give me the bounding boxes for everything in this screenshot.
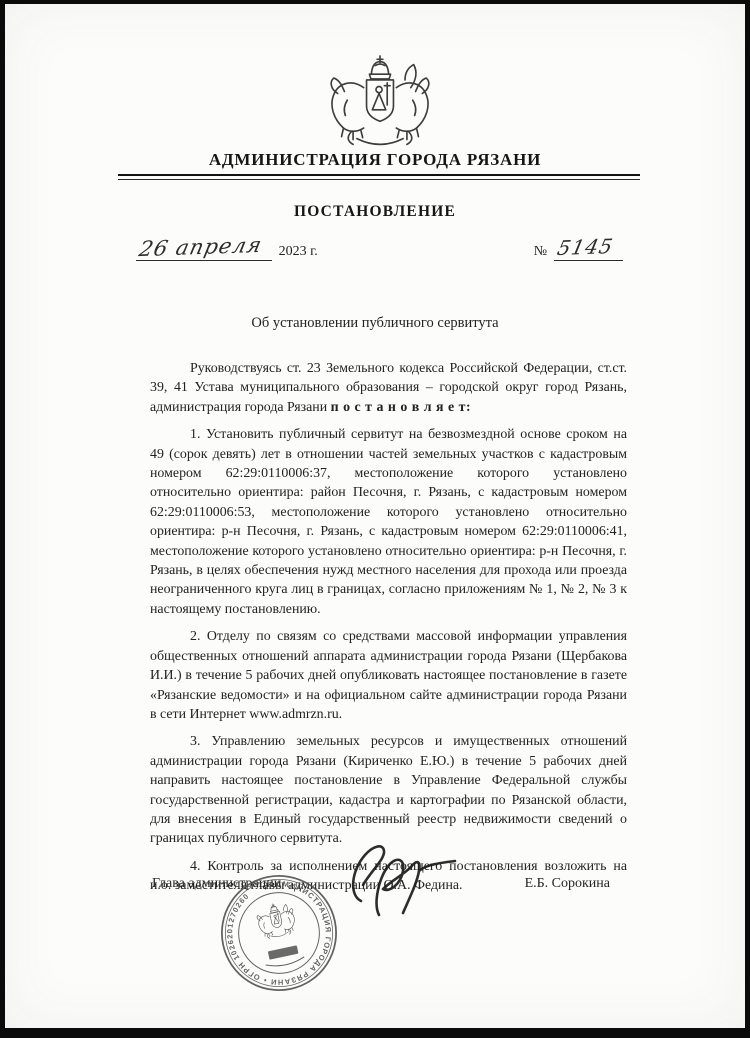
item-1-paragraph: 1. Установить публичный сервитут на безв…: [150, 425, 627, 619]
document-type-title: ПОСТАНОВЛЕНИЕ: [5, 203, 745, 221]
signer-name: Е.Б. Сорокина: [525, 876, 610, 892]
document-page: АДМИНИСТРАЦИЯ ГОРОДА РЯЗАНИ ПОСТАНОВЛЕНИ…: [5, 4, 745, 1028]
svg-text:АДМИНИСТРАЦИЯ ГОРОДА РЯЗАНИ: АДМИНИСТРАЦИЯ ГОРОДА РЯЗАНИ • ОГРН 10262…: [216, 870, 342, 996]
header-divider: [118, 174, 640, 180]
document-subject: Об установлении публичного сервитута: [5, 315, 745, 332]
scan-frame: АДМИНИСТРАЦИЯ ГОРОДА РЯЗАНИ ПОСТАНОВЛЕНИ…: [0, 0, 750, 1038]
item-2-paragraph: 2. Отделу по связям со средствами массов…: [150, 627, 627, 724]
item-3-paragraph: 3. Управлению земельных ресурсов и имуще…: [150, 732, 627, 848]
date-group: 26 апреля 2023 г.: [136, 237, 318, 261]
number-group: № 5145: [534, 237, 623, 261]
handwritten-number: 5145: [556, 236, 616, 258]
resolves-text: п о с т а н о в л я е т:: [331, 400, 471, 415]
document-body: Руководствуясь ст. 23 Земельного кодекса…: [150, 359, 627, 904]
signature-scribble-icon: [327, 837, 477, 922]
stamp-ring-text: АДМИНИСТРАЦИЯ ГОРОДА РЯЗАНИ • ОГРН 10262…: [216, 870, 342, 996]
number-underline: 5145: [554, 237, 623, 261]
date-underline: 26 апреля: [136, 237, 272, 261]
handwritten-date: 26 апреля: [137, 235, 264, 259]
meta-row: 26 апреля 2023 г. № 5145: [136, 237, 623, 261]
number-sign: №: [534, 244, 547, 261]
preamble-paragraph: Руководствуясь ст. 23 Земельного кодекса…: [150, 359, 627, 417]
official-stamp-icon: АДМИНИСТРАЦИЯ ГОРОДА РЯЗАНИ • ОГРН 10262…: [216, 870, 342, 996]
date-year-label: 2023 г.: [279, 244, 318, 261]
org-name: АДМИНИСТРАЦИЯ ГОРОДА РЯЗАНИ: [5, 150, 745, 170]
coat-of-arms-icon: [321, 54, 439, 154]
